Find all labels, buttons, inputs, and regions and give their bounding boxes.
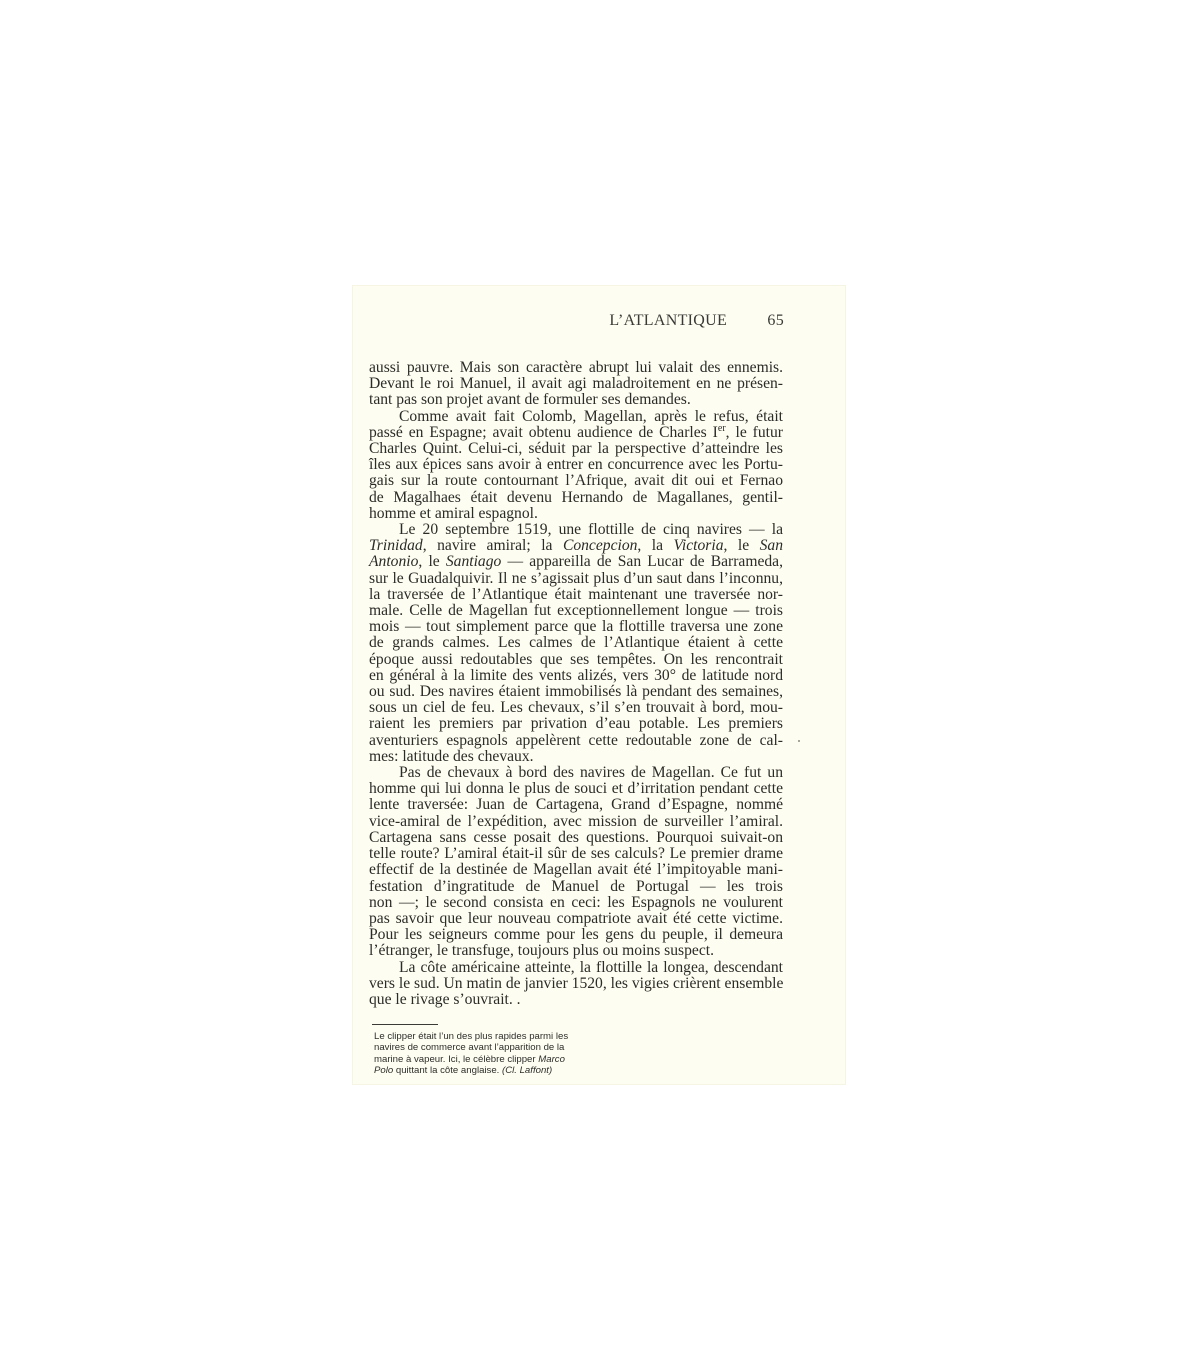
paragraph: Pas de chevaux à bord des navires de Mag… xyxy=(369,765,783,959)
text-line: que le rivage s’ouvrait. . xyxy=(369,992,783,1008)
text-line: gais sur la route contournant l’Afrique,… xyxy=(369,473,783,489)
text-line: la traversée de l’Atlantique était maint… xyxy=(369,587,783,603)
text-line: vice-amiral de l’expédition, avec missio… xyxy=(369,814,783,830)
text-line: Pour les seigneurs comme pour les gens d… xyxy=(369,927,783,943)
caption-line: marine à vapeur. Ici, le célèbre clipper… xyxy=(374,1054,594,1065)
margin-mark xyxy=(798,740,800,742)
text-line: mes: latitude des chevaux. xyxy=(369,749,783,765)
paragraph: Le 20 septembre 1519, une flottille de c… xyxy=(369,522,783,765)
text-line: festation d’ingratitude de Manuel de Por… xyxy=(369,879,783,895)
body-text: aussi pauvre. Mais son caractère abrupt … xyxy=(369,360,783,1008)
text-line: effectif de la destinée de Magellan avai… xyxy=(369,862,783,878)
text-line: lente traversée: Juan de Cartagena, Gran… xyxy=(369,797,783,813)
book-page: L’ATLANTIQUE 65 aussi pauvre. Mais son c… xyxy=(352,285,846,1085)
text-line: homme et amiral espagnol. xyxy=(369,506,783,522)
text-line: Cartagena sans cesse posait des question… xyxy=(369,830,783,846)
text-line: aventuriers espagnols appelèrent cette r… xyxy=(369,733,783,749)
text-line: non —; le second consista en ceci: les E… xyxy=(369,895,783,911)
photo-caption: Le clipper était l’un des plus rapides p… xyxy=(374,1031,594,1077)
text-line: de Magalhaes était devenu Hernando de Ma… xyxy=(369,490,783,506)
paragraph: Comme avait fait Colomb, Magellan, après… xyxy=(369,409,783,522)
text-line: raient les premiers par privation d’eau … xyxy=(369,716,783,732)
text-line: La côte américaine atteinte, la flottill… xyxy=(369,960,783,976)
text-line: ou sud. Des navires étaient immobilisés … xyxy=(369,684,783,700)
text-line: vers le sud. Un matin de janvier 1520, l… xyxy=(369,976,783,992)
text-line: passé en Espagne; avait obtenu audience … xyxy=(369,425,783,441)
page-number: 65 xyxy=(767,312,784,329)
text-line: pas savoir que leur nouveau compatriote … xyxy=(369,911,783,927)
text-line: Devant le roi Manuel, il avait agi malad… xyxy=(369,376,783,392)
text-line: îles aux épices sans avoir à entrer en c… xyxy=(369,457,783,473)
text-line: Trinidad, navire amiral; la Concepcion, … xyxy=(369,538,783,554)
text-line: aussi pauvre. Mais son caractère abrupt … xyxy=(369,360,783,376)
text-line: de grands calmes. Les calmes de l’Atlant… xyxy=(369,635,783,651)
running-head: L’ATLANTIQUE 65 xyxy=(609,312,784,330)
text-line: l’étranger, le transfuge, toujours plus … xyxy=(369,943,783,959)
chapter-title: L’ATLANTIQUE xyxy=(609,312,727,329)
text-line: telle route? L’amiral était-il sûr de se… xyxy=(369,846,783,862)
text-line: Antonio, le Santiago — appareilla de San… xyxy=(369,554,783,570)
text-line: male. Celle de Magellan fut exceptionnel… xyxy=(369,603,783,619)
caption-line: Polo quittant la côte anglaise. (Cl. Laf… xyxy=(374,1065,594,1076)
text-line: Charles Quint. Celui-ci, séduit par la p… xyxy=(369,441,783,457)
paragraph: La côte américaine atteinte, la flottill… xyxy=(369,960,783,1009)
text-line: sous un ciel de feu. Les chevaux, s’il s… xyxy=(369,700,783,716)
footnote-rule xyxy=(372,1024,438,1025)
text-line: tant pas son projet avant de formuler se… xyxy=(369,392,783,408)
text-line: Pas de chevaux à bord des navires de Mag… xyxy=(369,765,783,781)
text-line: époque aussi redoutables que ses tempête… xyxy=(369,652,783,668)
text-line: homme qui lui donna le plus de souci et … xyxy=(369,781,783,797)
text-line: en général à la limite des vents alizés,… xyxy=(369,668,783,684)
caption-line: navires de commerce avant l’apparition d… xyxy=(374,1042,594,1053)
text-line: mois — tout simplement parce que la flot… xyxy=(369,619,783,635)
paragraph: aussi pauvre. Mais son caractère abrupt … xyxy=(369,360,783,409)
text-line: sur le Guadalquivir. Il ne s’agissait pl… xyxy=(369,571,783,587)
caption-line: Le clipper était l’un des plus rapides p… xyxy=(374,1031,594,1042)
text-line: Le 20 septembre 1519, une flottille de c… xyxy=(369,522,783,538)
